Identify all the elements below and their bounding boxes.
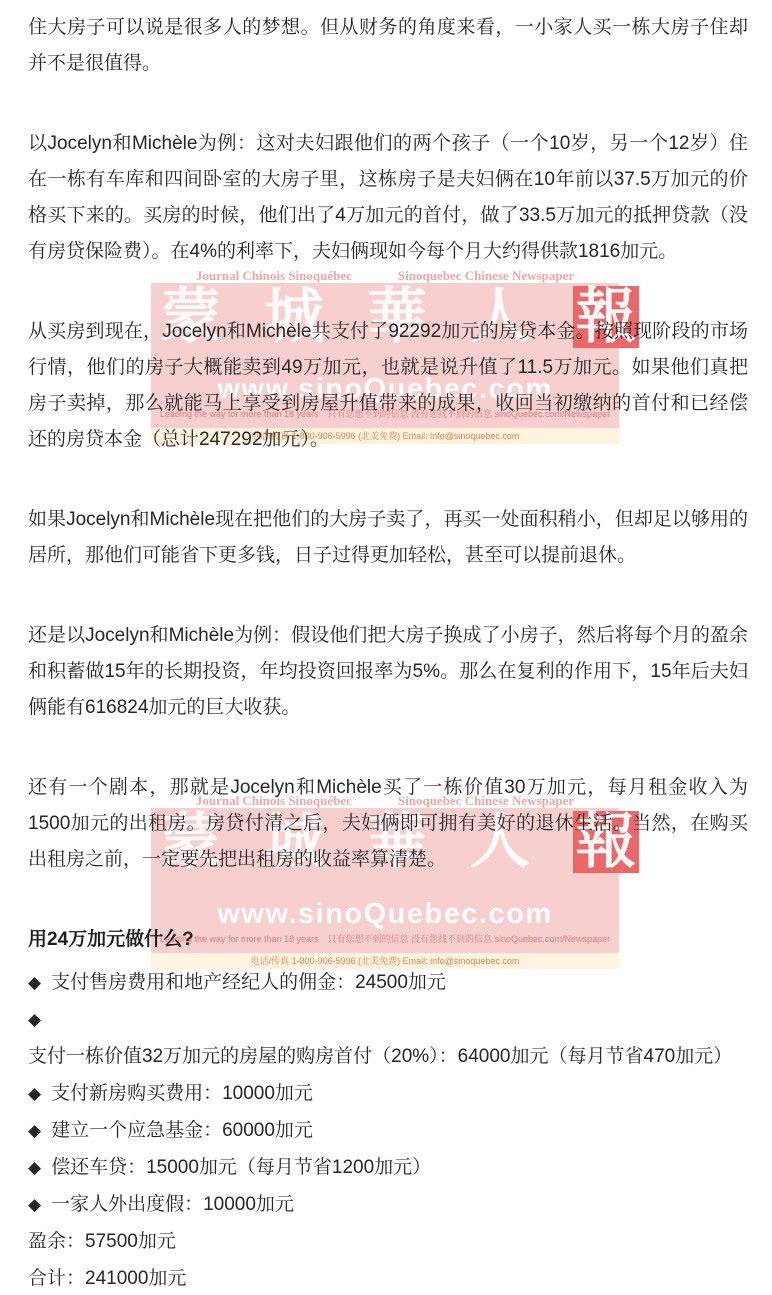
article-paragraph: 如果Jocelyn和Michèle现在把他们的大房子卖了，再买一处面积稍小，但却…: [28, 502, 748, 574]
surplus-line: 盈余：57500加元: [28, 1223, 748, 1260]
diamond-bullet-icon: ◆: [28, 1075, 41, 1112]
diamond-bullet-icon: ◆: [28, 1001, 41, 1038]
list-item-text: 支付一栋价值32万加元的房屋的购房首付（20%）：64000加元（每月节省470…: [28, 1046, 732, 1067]
article-paragraph: 以Jocelyn和Michèle为例：这对夫妇跟他们的两个孩子（一个10岁，另一…: [28, 126, 748, 270]
list-item: ◆支付一栋价值32万加元的房屋的购房首付（20%）：64000加元（每月节省47…: [28, 1001, 748, 1075]
list-item: ◆建立一个应急基金：60000加元: [28, 1112, 748, 1149]
list-item: ◆偿还车贷：15000加元（每月节省1200加元）: [28, 1149, 748, 1186]
section-heading: 用24万加元做什么?: [28, 922, 748, 958]
list-item-text: 建立一个应急基金：60000加元: [51, 1120, 313, 1141]
budget-list: ◆支付售房费用和地产经纪人的佣金：24500加元 ◆支付一栋价值32万加元的房屋…: [28, 964, 748, 1295]
diamond-bullet-icon: ◆: [28, 1149, 41, 1186]
total-line: 合计：241000加元: [28, 1260, 748, 1295]
article-paragraph: 还有一个剧本，那就是Jocelyn和Michèle买了一栋价值30万加元，每月租…: [28, 770, 748, 878]
diamond-bullet-icon: ◆: [28, 1112, 41, 1149]
list-item: ◆一家人外出度假：10000加元: [28, 1186, 748, 1223]
list-item-text: 支付售房费用和地产经纪人的佣金：24500加元: [51, 972, 446, 993]
article-paragraph: 还是以Jocelyn和Michèle为例：假设他们把大房子换成了小房子，然后将每…: [28, 618, 748, 726]
article-body: 住大房子可以说是很多人的梦想。但从财务的角度来看，一小家人买一栋大房子住却并不是…: [0, 0, 772, 1295]
article-paragraph: 从买房到现在，Jocelyn和Michèle共支付了92292加元的房贷本金。按…: [28, 314, 748, 458]
list-item: ◆支付售房费用和地产经纪人的佣金：24500加元: [28, 964, 748, 1001]
article-page: Journal Chinois Sinoquébec Sinoquebec Ch…: [0, 0, 772, 1295]
list-item-text: 一家人外出度假：10000加元: [51, 1194, 294, 1215]
list-item-text: 支付新房购买费用：10000加元: [51, 1083, 313, 1104]
article-paragraph: 住大房子可以说是很多人的梦想。但从财务的角度来看，一小家人买一栋大房子住却并不是…: [28, 10, 748, 82]
list-item: ◆支付新房购买费用：10000加元: [28, 1075, 748, 1112]
list-item-text: 偿还车贷：15000加元（每月节省1200加元）: [51, 1157, 431, 1178]
diamond-bullet-icon: ◆: [28, 964, 41, 1001]
diamond-bullet-icon: ◆: [28, 1186, 41, 1223]
